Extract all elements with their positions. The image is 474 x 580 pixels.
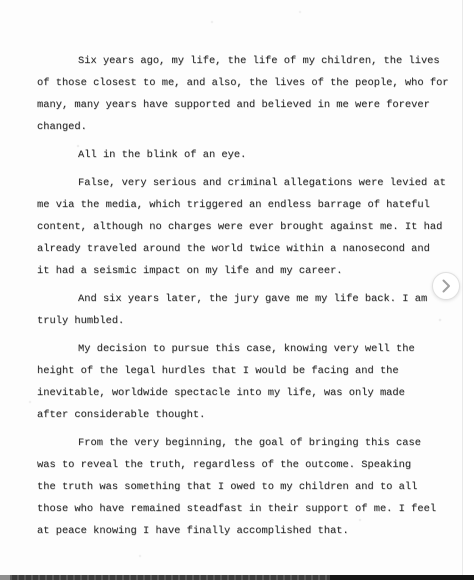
next-post-preview-sliver xyxy=(0,575,474,580)
letter-text: Six years ago, my life, the life of my c… xyxy=(37,50,459,548)
letter-line: content, although no charges were ever b… xyxy=(37,216,459,238)
typewritten-letter-photo: Six years ago, my life, the life of my c… xyxy=(0,0,462,575)
letter-line: the truth was something that I owed to m… xyxy=(37,476,459,498)
letter-paragraph: Six years ago, my life, the life of my c… xyxy=(37,50,459,138)
letter-line: me via the media, which triggered an end… xyxy=(37,194,459,216)
letter-line: False, very serious and criminal allegat… xyxy=(37,172,459,194)
letter-line: inevitable, worldwide spectacle into my … xyxy=(37,382,459,404)
letter-line: was to reveal the truth, regardless of t… xyxy=(37,454,459,476)
letter-paragraph: False, very serious and criminal allegat… xyxy=(37,172,459,282)
letter-paragraph: And six years later, the jury gave me my… xyxy=(37,288,459,332)
letter-line: many, many years have supported and beli… xyxy=(37,94,459,116)
letter-line: From the very beginning, the goal of bri… xyxy=(37,432,459,454)
next-post-sliver-right xyxy=(330,575,474,580)
letter-line: height of the legal hurdles that I would… xyxy=(37,360,459,382)
next-post-sliver-middle xyxy=(10,575,330,580)
letter-line: at peace knowing I have finally accompli… xyxy=(37,520,459,542)
letter-line: of those closest to me, and also, the li… xyxy=(37,72,459,94)
letter-line: My decision to pursue this case, knowing… xyxy=(37,338,459,360)
letter-line: it had a seismic impact on my life and m… xyxy=(37,260,459,282)
photo-edge-divider xyxy=(462,0,463,575)
next-post-sliver-left xyxy=(0,575,10,580)
letter-paragraph: All in the blink of an eye. xyxy=(37,144,459,166)
letter-line: changed. xyxy=(37,116,459,138)
letter-line: those who have remained steadfast in the… xyxy=(37,498,459,520)
letter-line: after considerable thought. xyxy=(37,404,459,426)
letter-line: truly humbled. xyxy=(37,310,459,332)
letter-line: All in the blink of an eye. xyxy=(37,144,459,166)
letter-line: already traveled around the world twice … xyxy=(37,238,459,260)
letter-line: And six years later, the jury gave me my… xyxy=(37,288,459,310)
next-arrow-button[interactable] xyxy=(432,272,460,300)
letter-paragraph: From the very beginning, the goal of bri… xyxy=(37,432,459,542)
chevron-right-icon xyxy=(432,272,460,300)
letter-paragraph: My decision to pursue this case, knowing… xyxy=(37,338,459,426)
letter-line: Six years ago, my life, the life of my c… xyxy=(37,50,459,72)
